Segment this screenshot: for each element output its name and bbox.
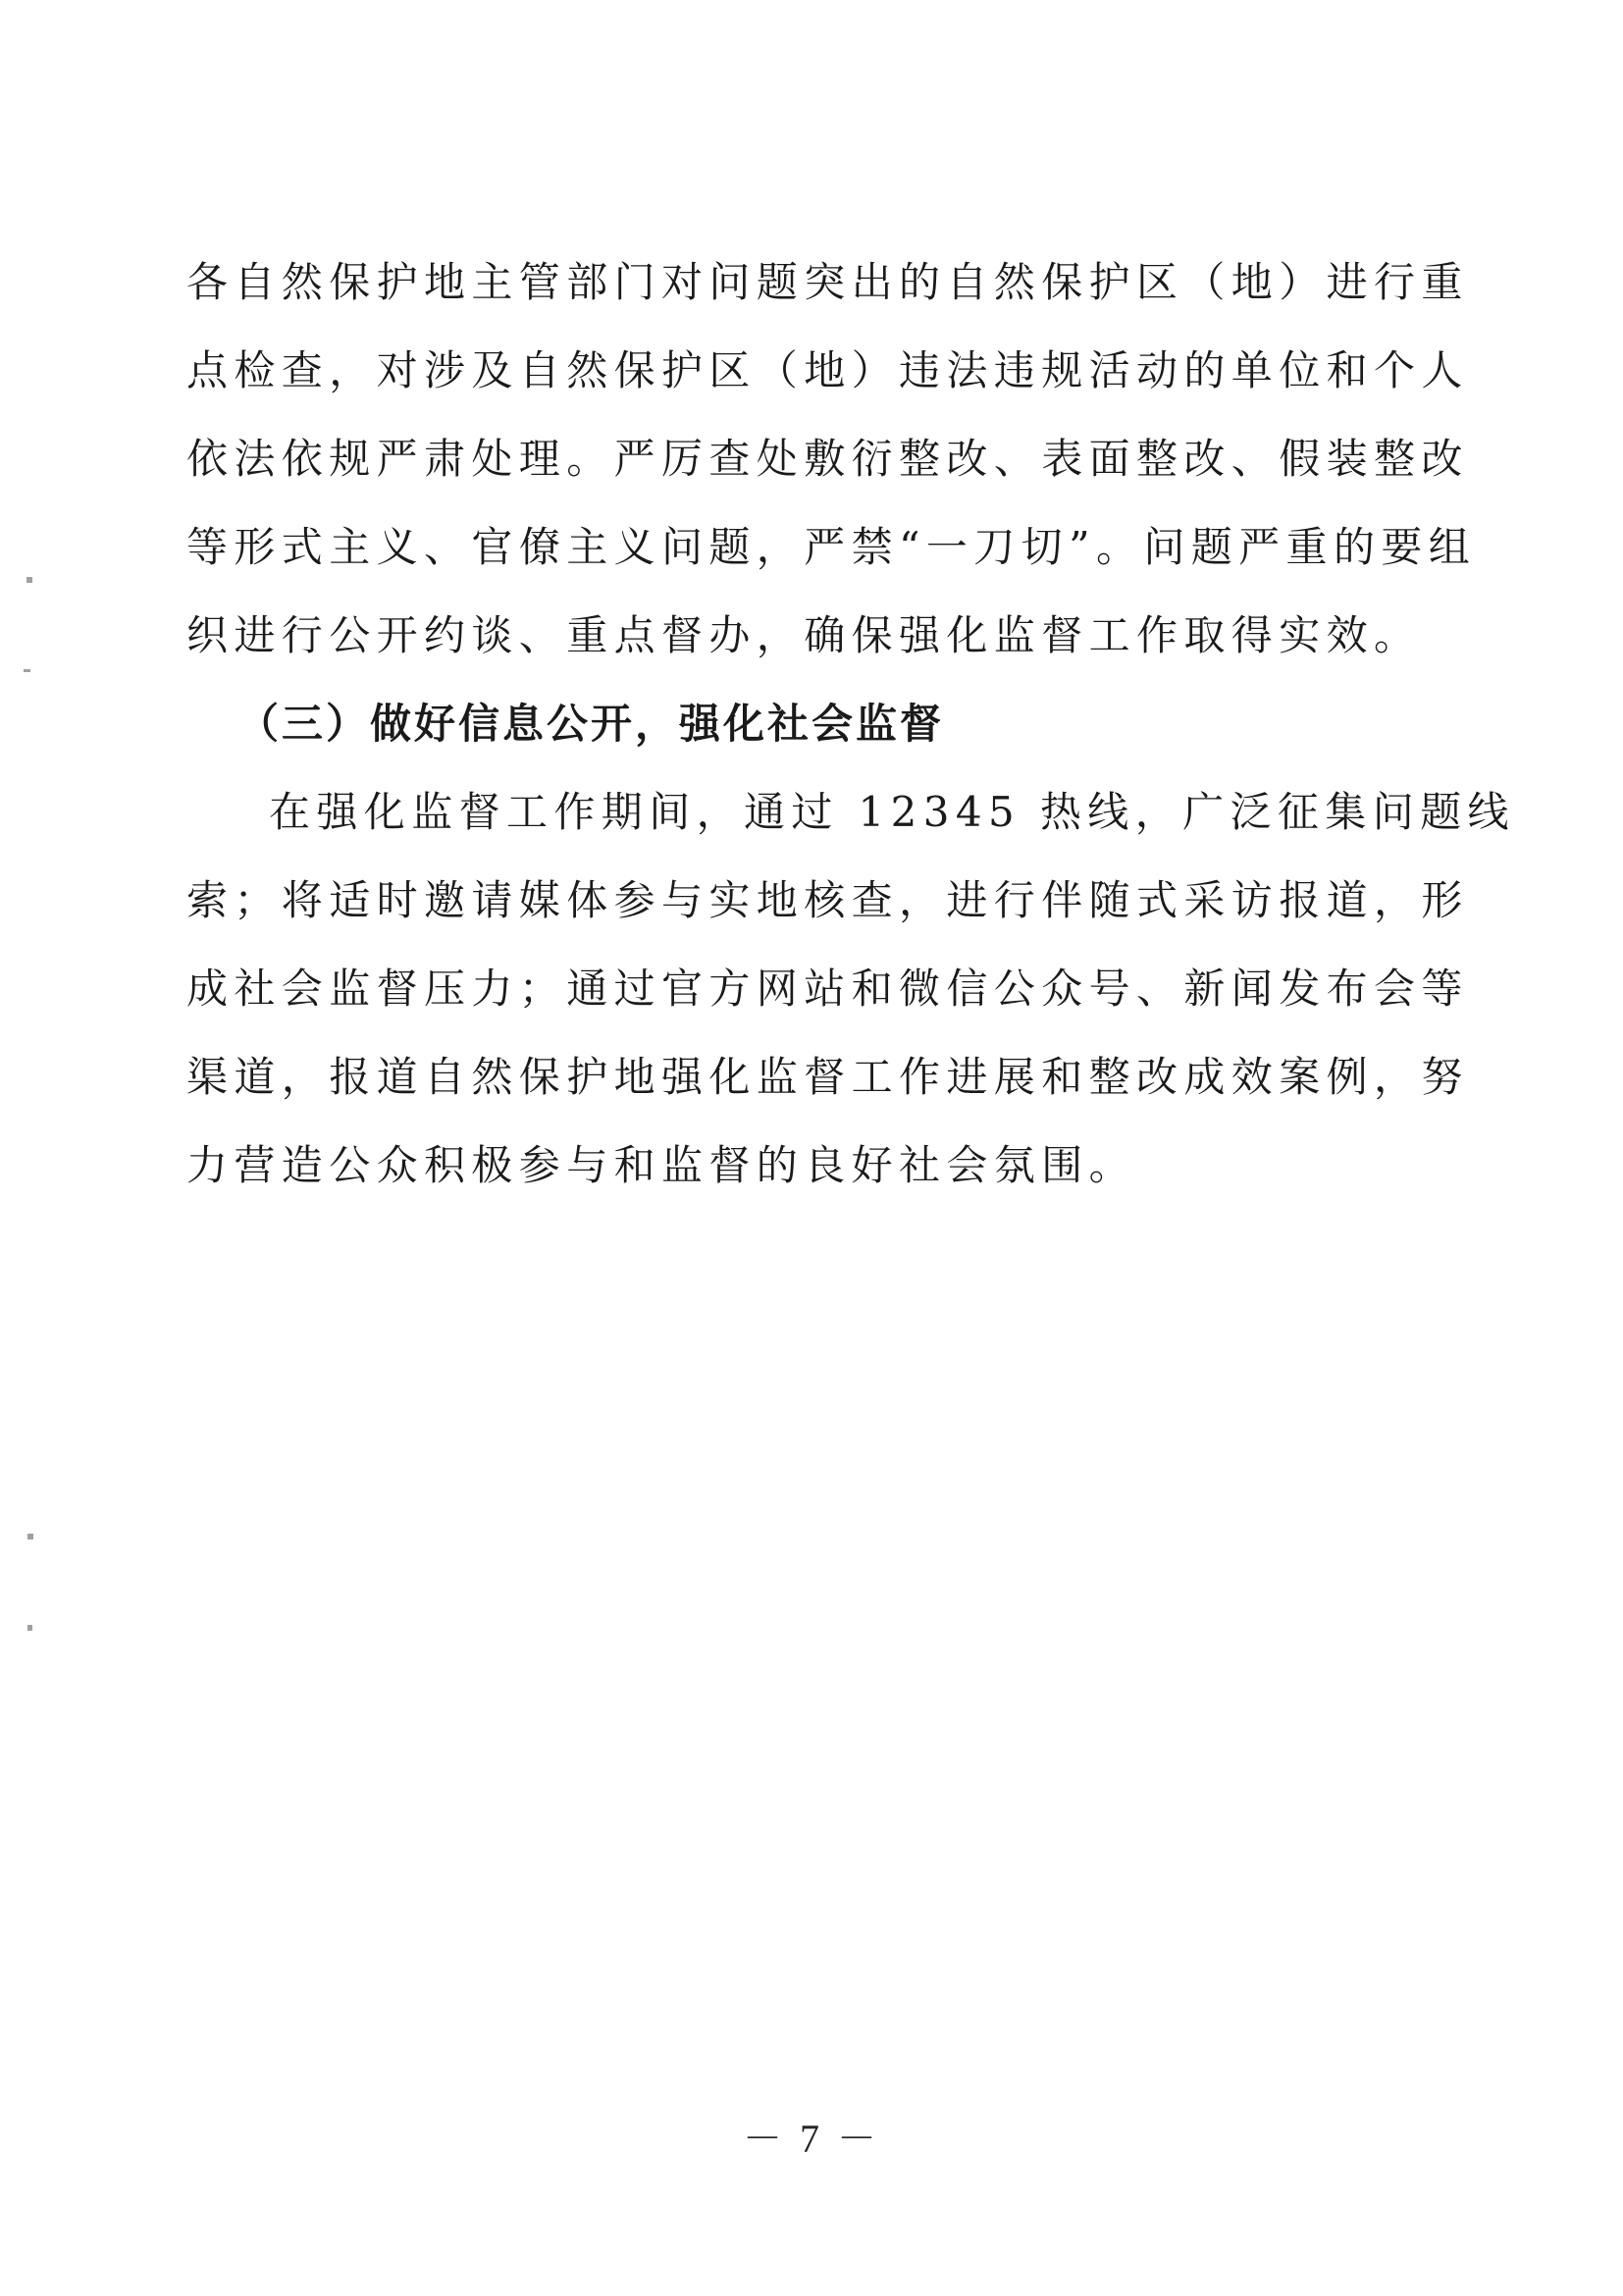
document-body: 各自然保护地主管部门对问题突出的自然保护区（地）进行重 点检查，对涉及自然保护区… xyxy=(186,253,1393,1225)
paragraph-line: 织进行公开约谈、重点督办，确保强化监督工作取得实效。 xyxy=(186,606,1393,695)
paragraph-line: 在强化监督工作期间，通过 12345 热线，广泛征集问题线 xyxy=(186,783,1393,871)
paragraph-line: 依法依规严肃处理。严厉查处敷衍整改、表面整改、假装整改 xyxy=(186,430,1393,518)
scan-speck xyxy=(26,577,32,583)
paragraph-line: 索；将适时邀请媒体参与实地核查，进行伴随式采访报道，形 xyxy=(186,871,1393,960)
paragraph-line: 力营造公众积极参与和监督的良好社会氛围。 xyxy=(186,1136,1393,1225)
page-number: － 7 － xyxy=(0,2108,1623,2164)
section-heading: （三）做好信息公开，强化社会监督 xyxy=(186,695,1393,783)
paragraph-line: 点检查，对涉及自然保护区（地）违法违规活动的单位和个人 xyxy=(186,341,1393,430)
paragraph-line: 等形式主义、官僚主义问题，严禁“一刀切”。问题严重的要组 xyxy=(186,518,1393,606)
paragraph-line: 各自然保护地主管部门对问题突出的自然保护区（地）进行重 xyxy=(186,253,1393,341)
paragraph-line: 渠道，报道自然保护地强化监督工作进展和整改成效案例，努 xyxy=(186,1048,1393,1136)
document-page: 各自然保护地主管部门对问题突出的自然保护区（地）进行重 点检查，对涉及自然保护区… xyxy=(0,0,1623,2296)
scan-speck xyxy=(27,1534,33,1539)
scan-speck xyxy=(27,1625,32,1631)
scan-speck xyxy=(24,669,30,672)
paragraph-line: 成社会监督压力；通过官方网站和微信公众号、新闻发布会等 xyxy=(186,960,1393,1048)
